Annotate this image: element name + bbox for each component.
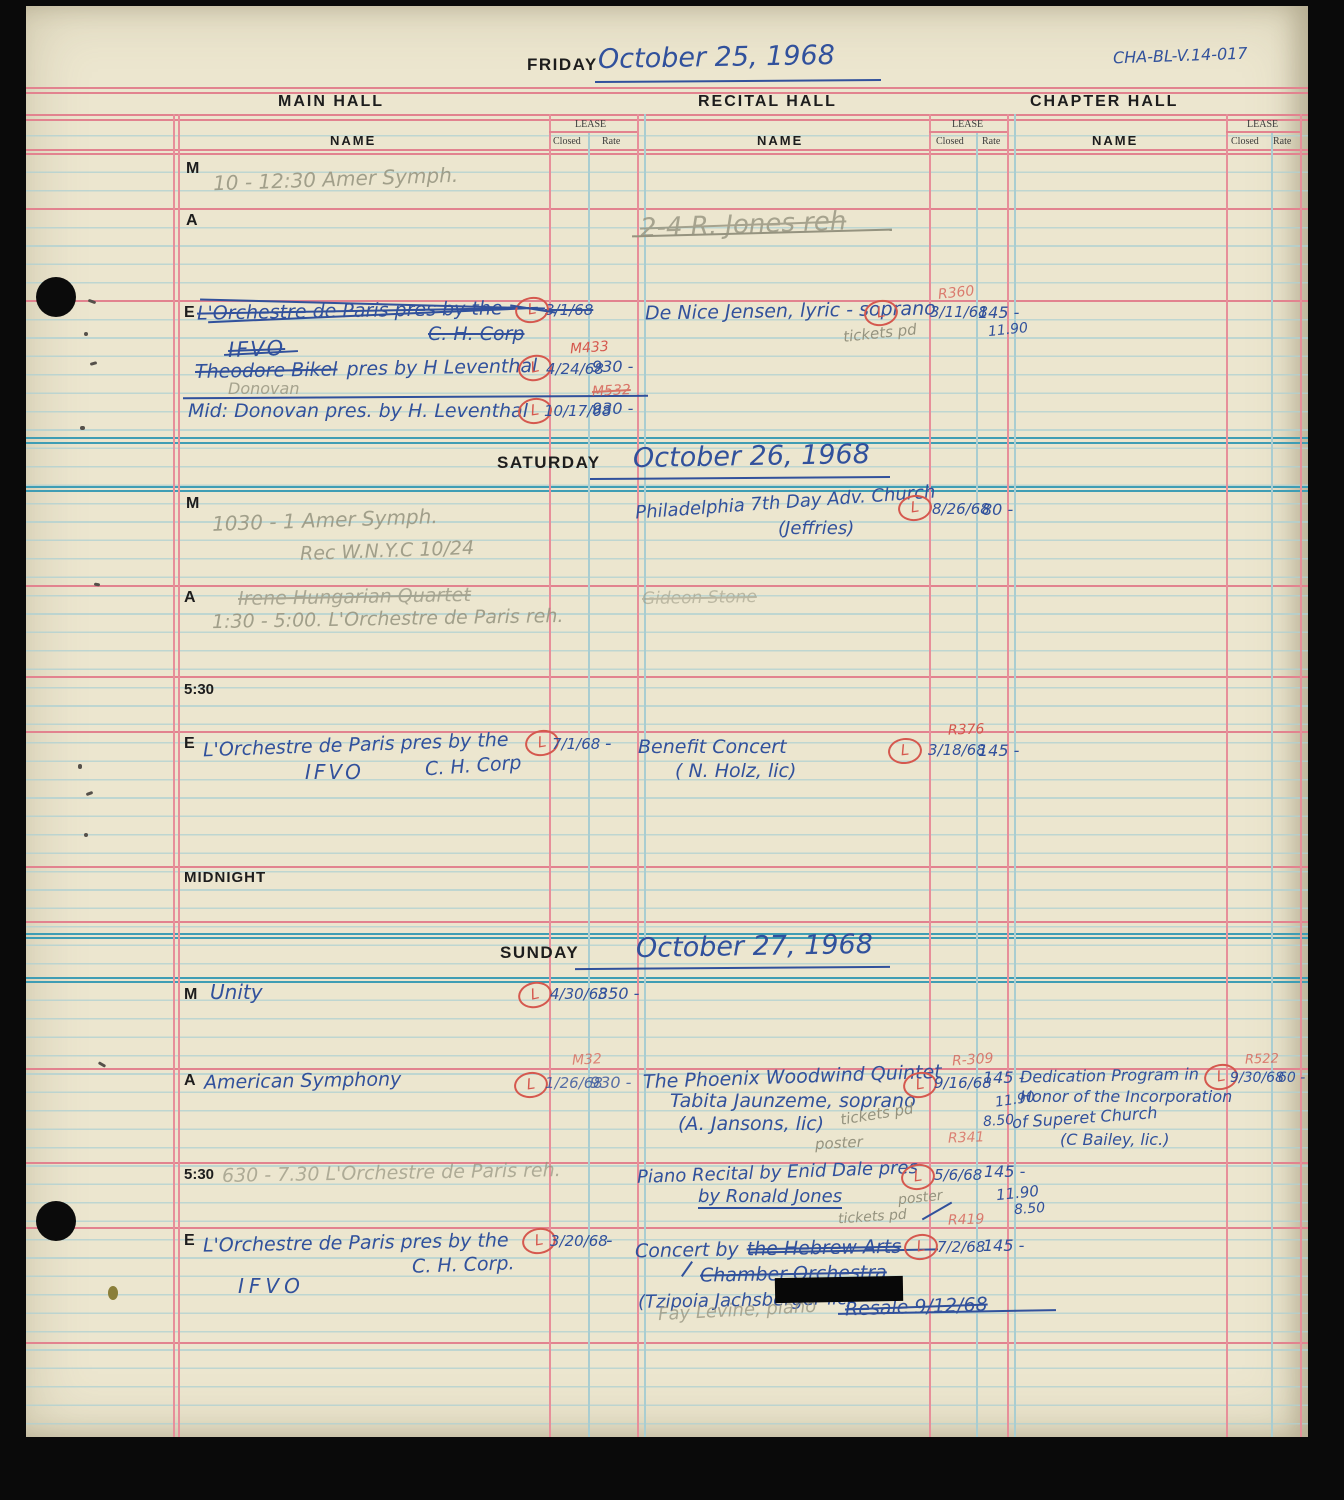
entry-sun-recital-a-code: R-309 (951, 1051, 994, 1070)
entry-sun-main-e-date: 3/20/68 (550, 1232, 608, 1250)
entry-sun-recital-530-2: by Ronald Jones (698, 1186, 842, 1209)
entry-sun-recital-e-text: Concert by (635, 1239, 739, 1263)
row-label-afternoon: A (186, 212, 198, 230)
vertical-rule (1300, 114, 1302, 1437)
entry-sun-recital-a-rate3: 8.50 (982, 1112, 1014, 1130)
rule-line (26, 87, 1308, 89)
entry-sun-recital-530-date: 5/6/68 (934, 1166, 982, 1184)
lease-header: LEASE (1247, 119, 1278, 130)
entry-sun-main-a: American Symphony (204, 1068, 402, 1093)
rate-column-header: Rate (602, 136, 620, 147)
entry-sat-recital-a-crossed: Gideon Stone (642, 587, 757, 609)
rule-line (26, 921, 1308, 923)
ink-speck (84, 332, 88, 336)
entry-fri-main-e4: Mid: Donovan pres. by H. Leventhal (188, 400, 528, 422)
rule-line (26, 731, 1308, 733)
entry-fri-main-e4-pencil: Donovan (228, 379, 299, 398)
entry-fri-main-e4-rate: 930 - (592, 399, 633, 418)
row-label-530: 5:30 (184, 681, 214, 698)
hole-punch (36, 1201, 76, 1241)
row-label-morning: M (186, 495, 199, 513)
entry-sat-main-e-ifvo: IFVO (305, 760, 364, 784)
rate-column-header: Rate (1273, 136, 1291, 147)
name-column-header: NAME (330, 133, 376, 148)
entry-fri-main-e1-date-crossed: 3/1/68 (545, 301, 593, 319)
entry-sat-recital-m2: (Jeffries) (778, 518, 854, 539)
row-label-afternoon: A (184, 1072, 196, 1090)
hall-title-chapter: CHAPTER HALL (1030, 93, 1178, 111)
lease-header: LEASE (575, 119, 606, 130)
redaction-box (775, 1276, 903, 1303)
entry-sat-recital-e-rate: 145 - (978, 741, 1019, 760)
entry-sun-recital-a-rate: 145 - (983, 1068, 1024, 1087)
entry-sat-recital-e2: ( N. Holz, lic) (675, 760, 796, 782)
entry-sun-main-e-corp: C. H. Corp. (412, 1252, 515, 1278)
entry-sun-recital-e-rate: 145 - (983, 1236, 1024, 1255)
entry-sun-chapter-a-code: R522 (1245, 1051, 1279, 1067)
entry-fri-recital-e-rate: 145 - (978, 303, 1019, 322)
entry-sat-main-e-date: 7/1/68 (552, 735, 600, 753)
entry-sun-recital-e-crossed: the Hebrew Arts (746, 1236, 901, 1261)
lease-header: LEASE (952, 119, 983, 130)
entry-sun-main-m: Unity (210, 980, 263, 1004)
entry-sun-main-a-code: M32 (572, 1051, 603, 1069)
lease-box-rule (929, 131, 1007, 133)
row-label-evening: E (184, 1232, 195, 1250)
row-label-evening: E (184, 304, 195, 322)
entry-sun-chapter-a-date: 9/30/68 (1230, 1070, 1284, 1086)
row-label-afternoon: A (184, 589, 196, 607)
entry-sat-recital-m-rate: 80 - (982, 500, 1013, 519)
entry-sun-recital-a-code2: R341 (948, 1129, 985, 1146)
section-divider (26, 977, 1308, 979)
name-column-header: NAME (1092, 133, 1138, 148)
scanned-ledger-sheet: FRIDAY October 25, 1968 CHA-BL-V.14-017 … (0, 0, 1344, 1500)
section-divider (26, 486, 1308, 488)
row-label-530: 5:30 (184, 1166, 214, 1183)
entry-fri-main-e3-code: M433 (569, 339, 609, 358)
rule-line (26, 1227, 1308, 1229)
lease-box-rule (1226, 131, 1300, 133)
paper-stain (108, 1286, 118, 1300)
day-label-friday: FRIDAY (527, 55, 598, 75)
vertical-rule (178, 114, 180, 1437)
entry-sat-main-a-crossed: Irene Hungarian Quartet (238, 584, 471, 610)
ink-speck (80, 426, 85, 430)
entry-sun-recital-e-date: 7/2/68 (937, 1238, 985, 1256)
entry-sun-chapter-a2: Honor of the Incorporation (1020, 1087, 1232, 1106)
rule-line (26, 153, 1308, 155)
entry-sun-recital-a-note2: poster (815, 1133, 864, 1153)
rule-line (26, 676, 1308, 678)
day-label-saturday: SATURDAY (497, 453, 601, 473)
section-divider (26, 490, 1308, 492)
rule-line (26, 1162, 1308, 1164)
entry-fri-main-e4-code: M532 (592, 382, 632, 400)
rule-line (26, 149, 1308, 151)
ink-speck (78, 764, 82, 769)
date-handwritten-sunday: October 27, 1968 (636, 929, 873, 964)
vertical-rule (1226, 114, 1228, 1437)
entry-fri-main-e3-rate: 930 - (592, 357, 633, 376)
entry-sun-chapter-a: Dedication Program in (1020, 1064, 1199, 1086)
entry-fri-main-e3-rest: pres by H Leventhal (346, 355, 537, 380)
row-label-midnight: MIDNIGHT (184, 869, 266, 886)
closed-column-header: Closed (1231, 136, 1259, 147)
rule-line (26, 119, 1308, 121)
entry-sun-main-m-rate: 350 - (598, 984, 639, 1003)
day-label-sunday: SUNDAY (500, 943, 579, 963)
rule-line (26, 114, 1308, 116)
entry-sun-main-e-ifvo: IFVO (238, 1274, 305, 1298)
rate-column-header: Rate (982, 136, 1000, 147)
entry-sun-recital-530-code: R419 (948, 1211, 985, 1228)
date-handwritten-friday: October 25, 1968 (598, 40, 835, 75)
hall-title-recital: RECITAL HALL (698, 93, 837, 111)
closed-column-header: Closed (936, 136, 964, 147)
name-column-header: NAME (757, 133, 803, 148)
entry-sat-main-e-rate: - (605, 733, 612, 754)
section-divider (26, 437, 1308, 439)
rule-line (26, 1342, 1308, 1344)
entry-sun-main-e-rate: - (606, 1230, 613, 1251)
entry-sun-recital-530-rate: 145 - (984, 1162, 1025, 1181)
rule-line (26, 208, 1308, 210)
row-label-morning: M (184, 986, 197, 1004)
date-handwritten-saturday: October 26, 1968 (633, 439, 870, 474)
entry-fri-main-e2-crossed: IFVO (228, 336, 286, 362)
entry-sat-recital-e-code: R376 (948, 721, 985, 738)
vertical-rule (173, 114, 175, 1437)
lease-box-rule (549, 131, 637, 133)
closed-column-header: Closed (553, 136, 581, 147)
entry-sun-chapter-a-rate: 60 - (1278, 1070, 1305, 1086)
vertical-rule (637, 114, 639, 1437)
entry-sun-recital-a3: (A. Jansons, lic) (678, 1113, 824, 1135)
hole-punch (36, 277, 76, 317)
entry-fri-main-e1-corp-crossed: C. H. Corp (428, 323, 524, 345)
row-label-evening: E (184, 735, 195, 753)
ink-speck (84, 833, 88, 837)
row-label-morning: M (186, 160, 199, 178)
entry-sun-main-a-rate: 930 - (590, 1073, 631, 1092)
vertical-rule (1271, 131, 1273, 1437)
entry-sat-recital-e: Benefit Concert (638, 736, 787, 758)
entry-sun-chapter-a4: (C Bailey, lic.) (1060, 1130, 1169, 1149)
entry-sun-recital-530-rate3: 8.50 (1013, 1200, 1045, 1218)
rule-line (26, 585, 1308, 587)
hall-title-main: MAIN HALL (278, 93, 384, 111)
rule-line (26, 866, 1308, 868)
